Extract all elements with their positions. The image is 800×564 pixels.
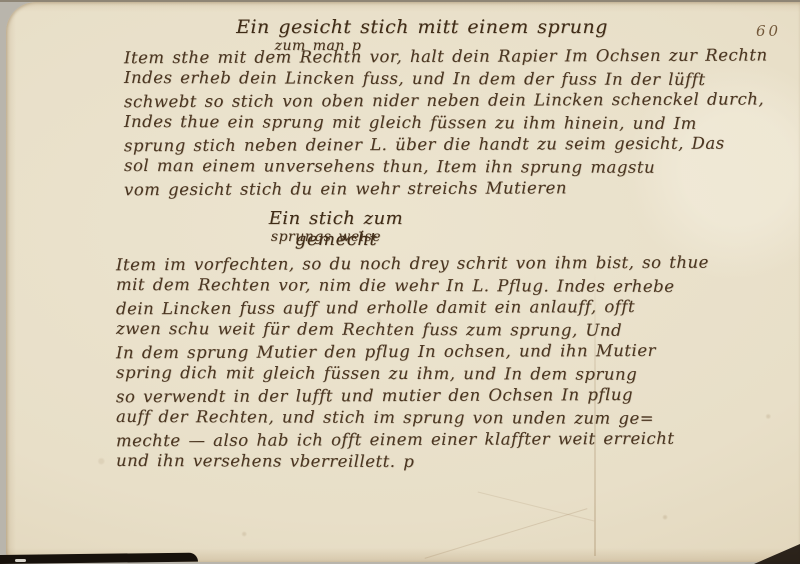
text-line: dein Lincken fuss auff und erholle damit… <box>116 296 704 321</box>
diagonal-crease <box>478 491 595 521</box>
text-line: zwen schu weit für dem Rechten fuss zum … <box>116 318 704 342</box>
text-line: Item sthe mit dem Rechtn vor, halt dein … <box>124 45 702 70</box>
paragraph-first: Item sthe mit dem Rechtn vor, halt dein … <box>124 46 702 200</box>
text-line: spring dich mit gleich füssen zu ihm, un… <box>116 362 704 386</box>
book-edge-bottom-left <box>0 553 198 564</box>
text-line: so verwendt in der lufft und mutier den … <box>116 384 704 409</box>
text-line: In dem sprung Mutier den pflug In ochsen… <box>116 340 704 365</box>
text-line: Indes thue ein sprung mit gleich füssen … <box>124 111 702 135</box>
text-line: vom gesicht stich du ein wehr streichs M… <box>124 177 702 202</box>
text-line: mit dem Rechten vor, nim die wehr In L. … <box>116 274 704 298</box>
diagonal-crease <box>425 508 588 559</box>
chapter-heading: Ein gesicht stich mitt einem sprung <box>192 16 652 38</box>
book-edge-paper-sliver <box>15 559 26 562</box>
text-line: Indes erheb dein Lincken fuss, und In de… <box>124 67 702 91</box>
paragraph-second: Item im vorfechten, so du noch drey schr… <box>116 253 704 473</box>
text-line: schwebt so stich von oben nider neben de… <box>124 89 702 114</box>
section-heading-subline: sprungs weise <box>236 229 416 245</box>
page-top-edge-shadow <box>0 0 800 2</box>
text-line: sprung stich neben deiner L. über die ha… <box>124 133 702 158</box>
folio-number: 60 <box>756 22 800 40</box>
text-line: sol man einem unversehens thun, Item ihn… <box>124 155 702 179</box>
manuscript-photo: 60 Ein gesicht stich mitt einem sprung z… <box>0 0 800 564</box>
manuscript-page: 60 Ein gesicht stich mitt einem sprung z… <box>6 2 800 562</box>
text-line: mechte — also hab ich offt einem einer k… <box>116 428 704 453</box>
text-line: und ihn versehens vberreillett. p <box>116 450 704 474</box>
text-line: Item im vorfechten, so du noch drey schr… <box>116 252 704 277</box>
text-line: auff der Rechten, und stich im sprung vo… <box>116 406 704 430</box>
